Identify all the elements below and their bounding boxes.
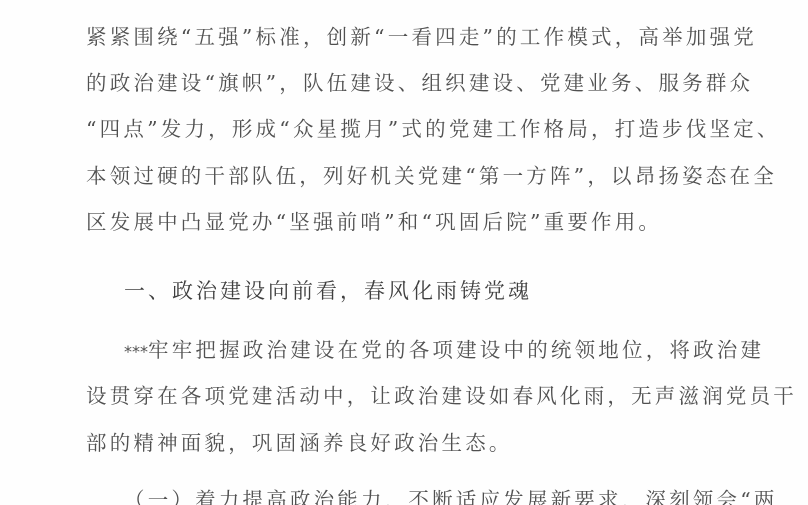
paragraph-first-line: ***牢牢把握政治建设在党的各项建设中的统领地位，将政治建 bbox=[124, 337, 730, 365]
document-page: 紧紧围绕“五强”标准，创新“一看四走”的工作模式，高举加强党 的政治建设“旗帜”… bbox=[0, 0, 808, 505]
subsection-heading: （一）着力提高政治能力，不断适应发展新要求，深刻领会“两 bbox=[124, 487, 730, 505]
section-heading: 一、政治建设向前看，春风化雨铸党魂 bbox=[124, 278, 532, 304]
paragraph-line: 的政治建设“旗帜”，队伍建设、组织建设、党建业务、服务群众 bbox=[86, 70, 730, 96]
paragraph-line: 部的精神面貌，巩固涵养良好政治生态。 bbox=[86, 430, 730, 456]
redacted-name: *** bbox=[124, 342, 148, 361]
paragraph-line: “四点”发力，形成“众星揽月”式的党建工作格局，打造步伐坚定、 bbox=[86, 116, 730, 142]
paragraph-line: 本领过硬的干部队伍，列好机关党建“第一方阵”，以昂扬姿态在全 bbox=[86, 163, 730, 189]
paragraph-line: 紧紧围绕“五强”标准，创新“一看四走”的工作模式，高举加强党 bbox=[86, 24, 730, 50]
paragraph-text: 牢牢把握政治建设在党的各项建设中的统领地位，将政治建 bbox=[148, 338, 764, 362]
paragraph-line: 设贯穿在各项党建活动中，让政治建设如春风化雨，无声滋润党员干 bbox=[86, 383, 730, 409]
paragraph-line: 区发展中凸显党办“坚强前哨”和“巩固后院”重要作用。 bbox=[86, 209, 730, 235]
